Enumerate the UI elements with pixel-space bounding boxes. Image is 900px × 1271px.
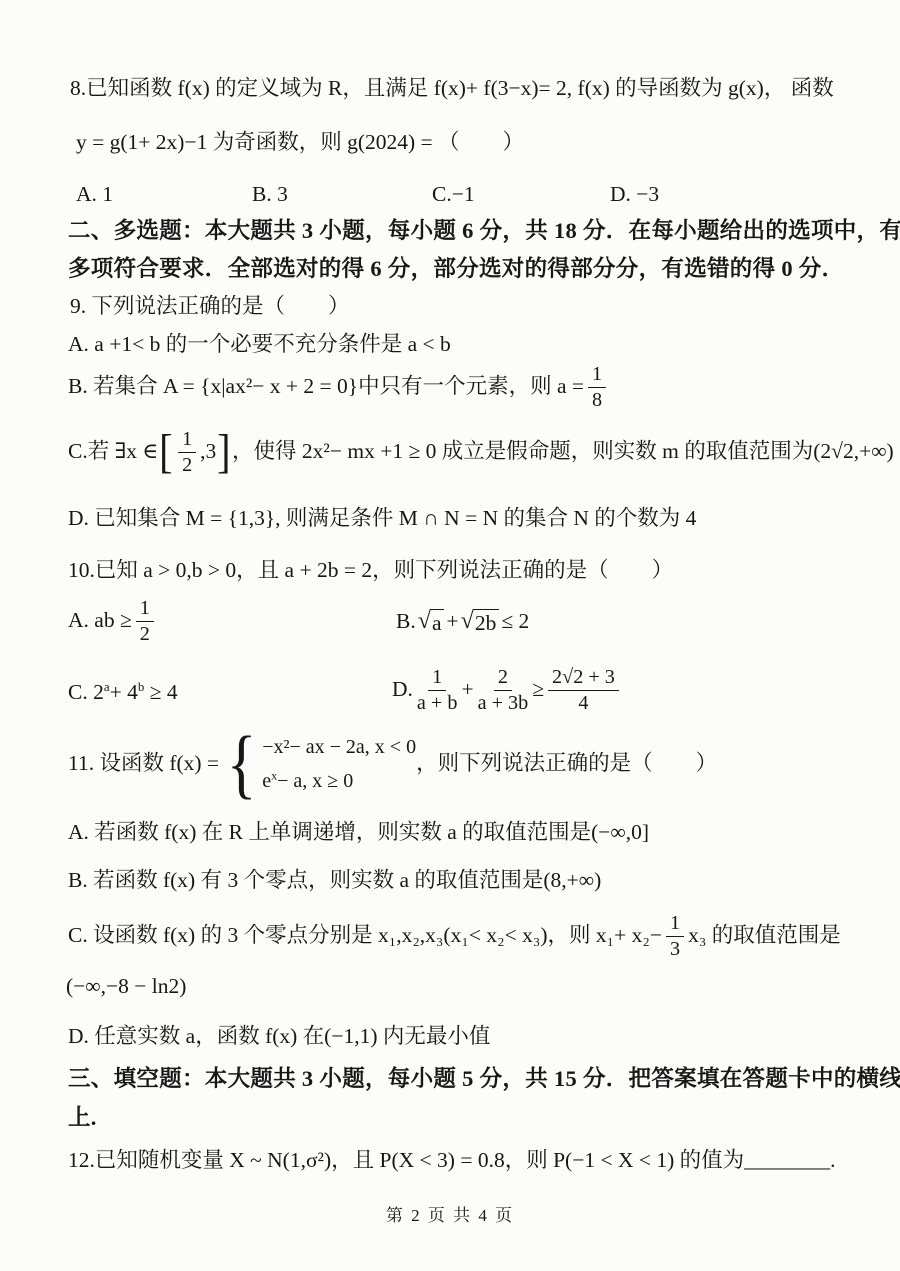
geq-4: ≥ 4 [144, 680, 177, 704]
q10-option-a-text: A. ab ≥ [68, 606, 132, 635]
q10-stem: 10.已知 a > 0,b > 0，且 a + 2b = 2，则下列说法正确的是… [68, 556, 673, 585]
fraction-denominator: 2 [182, 453, 192, 477]
q11-stem: 11. 设函数 f(x) = { −x²− ax − 2a, x < 0 ex−… [68, 728, 717, 800]
q8-option-b: B. 3 [252, 180, 432, 209]
q10-option-c-expression: C. 2a+ 4b ≥ 4 [68, 678, 178, 707]
q11-option-a: A. 若函数 f(x) 在 R 上单调递增，则实数 a 的取值范围是(−∞,0] [68, 818, 649, 847]
q12-line: 12.已知随机变量 X ~ N(1,σ²)，且 P(X < 3) = 0.8，则… [68, 1146, 836, 1175]
q11-option-c: C. 设函数 f(x) 的 3 个零点分别是 x₁,x₂,x₃(x₁< x₂< … [68, 908, 841, 964]
q9-option-c: C.若 ∃x ∈ [ 1 2 ,3 ] ，使得 2x²− mx +1 ≥ 0 成… [68, 426, 894, 478]
q10-option-d: D. 1 a + b + 2 a + 3b ≥ 2√2 + 3 4 [392, 656, 623, 724]
fraction-numerator: 1 [136, 597, 154, 622]
fraction-denominator: 3 [670, 937, 680, 961]
fraction-numerator: 2√2 + 3 [548, 666, 619, 691]
fraction-numerator: 1 [428, 666, 446, 691]
q10-option-b-post: ≤ 2 [501, 607, 529, 636]
plus-sign: + [461, 675, 473, 704]
fraction-one-half: 1 2 [178, 428, 196, 476]
page-footer: 第 2 页 共 4 页 [0, 1205, 900, 1228]
q9-option-c-interval-end: ,3 [200, 437, 216, 466]
radicand: a [430, 609, 445, 636]
q11-stem-pre: 11. 设函数 f(x) = [68, 749, 219, 778]
fraction-denominator: 2 [140, 622, 150, 646]
section2-header-line2: 多项符合要求．全部选对的得 6 分，部分选对的得部分分，有选错的得 0 分． [68, 254, 844, 284]
fraction-denominator: 8 [592, 388, 602, 412]
fraction-numerator: 1 [666, 912, 684, 937]
fraction-2sqrt2-plus-3-over-4: 2√2 + 3 4 [548, 666, 619, 714]
q10-option-d-label: D. [392, 675, 413, 704]
q8-option-a: A. 1 [76, 180, 252, 209]
fraction-1-over-a-plus-b: 1 a + b [417, 666, 458, 714]
plus-sign: + [446, 607, 458, 636]
q11-option-c-pre: C. 设函数 f(x) 的 3 个零点分别是 x₁,x₂,x₃(x₁< x₂< … [68, 921, 662, 950]
left-bracket: [ [159, 432, 172, 472]
plus-4: + 4 [110, 680, 138, 704]
fraction-numerator: 1 [588, 363, 606, 388]
q10-option-b-label: B. [396, 607, 416, 636]
fraction-denominator: 4 [578, 691, 588, 715]
radicand: 2b [473, 609, 500, 636]
q11-option-c-post: x₃ 的取值范围是 [688, 921, 841, 950]
q9-option-d: D. 已知集合 M = {1,3}, 则满足条件 M ∩ N = N 的集合 N… [68, 504, 696, 533]
q9-option-c-post: ，使得 2x²− mx +1 ≥ 0 成立是假命题，则实数 m 的取值范围为(2… [232, 437, 894, 466]
q9-option-c-pre: C.若 ∃x ∈ [68, 437, 158, 466]
sqrt-2b: √ 2b [461, 609, 500, 636]
fraction-one-half: 1 2 [136, 597, 154, 645]
q8-line1: 8.已知函数 f(x) 的定义域为 R，且满足 f(x)+ f(3−x)= 2,… [70, 74, 834, 103]
q11-option-c-line2: (−∞,−8 − ln2) [66, 972, 186, 1001]
q11-stem-post: ，则下列说法正确的是（ ） [416, 749, 717, 778]
q10-option-a: A. ab ≥ 1 2 [68, 594, 158, 648]
fraction-one-third: 1 3 [666, 912, 684, 960]
q9-option-b: B. 若集合 A = {x|ax²− x + 2 = 0}中只有一个元素，则 a… [68, 360, 610, 414]
q11-option-d: D. 任意实数 a，函数 f(x) 在(−1,1) 内无最小值 [68, 1022, 490, 1051]
fraction-2-over-a-plus-3b: 2 a + 3b [478, 666, 529, 714]
sqrt-a: √ a [418, 609, 445, 636]
case-2-rest: − a, x ≥ 0 [277, 770, 353, 792]
geq-sign: ≥ [532, 675, 544, 704]
fraction-numerator: 2 [494, 666, 512, 691]
section2-header-line1: 二、多选题：本大题共 3 小题，每小题 6 分，共 18 分．在每小题给出的选项… [68, 216, 900, 246]
piecewise-case-1: −x²− ax − 2a, x < 0 [262, 736, 416, 758]
fraction-denominator: a + b [417, 691, 458, 715]
piecewise-case-2: ex− a, x ≥ 0 [262, 770, 353, 792]
fraction-one-eighth: 1 8 [588, 363, 606, 411]
q8-line2: y = g(1+ 2x)−1 为奇函数，则 g(2024) = （ ） [76, 128, 524, 157]
q8-option-d: D. −3 [610, 180, 659, 209]
q11-option-b: B. 若函数 f(x) 有 3 个零点，则实数 a 的取值范围是(8,+∞) [68, 866, 601, 895]
q9-option-b-text: B. 若集合 A = {x|ax²− x + 2 = 0}中只有一个元素，则 a… [68, 372, 584, 401]
piecewise-brace: { [227, 733, 257, 795]
q8-option-c: C.−1 [432, 180, 610, 209]
fraction-numerator: 1 [178, 428, 196, 453]
section3-header-line2: 上. [68, 1103, 97, 1133]
base-2: C. 2 [68, 680, 104, 704]
fraction-denominator: a + 3b [478, 691, 529, 715]
exam-page: 8.已知函数 f(x) 的定义域为 R，且满足 f(x)+ f(3−x)= 2,… [0, 0, 900, 1271]
section3-header-line1: 三、填空题：本大题共 3 小题，每小题 5 分，共 15 分．把答案填在答题卡中… [68, 1064, 900, 1094]
q10-option-b: B. √ a + √ 2b ≤ 2 [396, 602, 529, 642]
q9-stem: 9. 下列说法正确的是（ ） [70, 292, 350, 321]
q8-options: A. 1 B. 3 C.−1 D. −3 [76, 180, 659, 209]
right-bracket: ] [217, 432, 230, 472]
q9-option-a: A. a +1< b 的一个必要不充分条件是 a < b [68, 330, 451, 359]
q10-option-c: C. 2a+ 4b ≥ 4 [68, 678, 178, 707]
piecewise-cases: −x²− ax − 2a, x < 0 ex− a, x ≥ 0 [262, 736, 416, 792]
e-base: e [262, 770, 271, 792]
